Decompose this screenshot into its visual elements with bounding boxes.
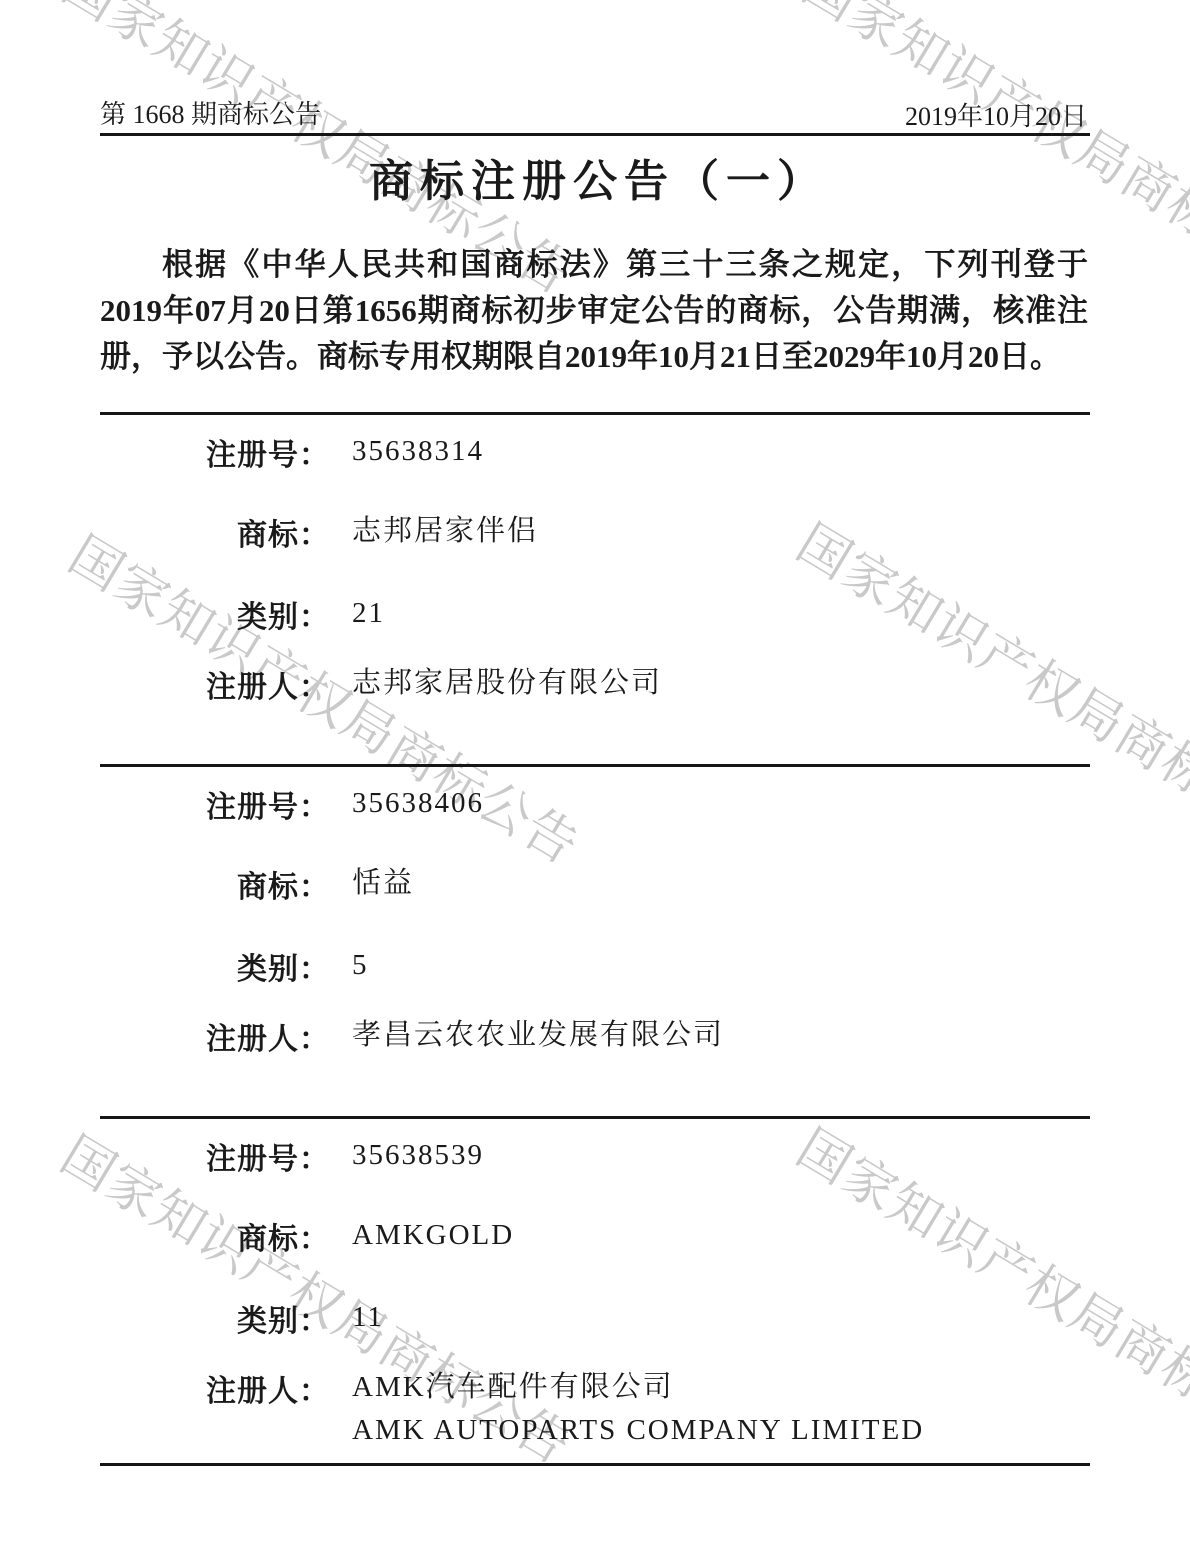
field-value-mark: 志邦居家伴侣	[352, 510, 1072, 553]
field-value-registrant: 孝昌云农农业发展有限公司	[352, 1014, 1072, 1057]
field-label: 注册号：	[100, 782, 330, 826]
separator-rule	[100, 412, 1090, 415]
intro-paragraph: 根据《中华人民共和国商标法》第三十三条之规定，下列刊登于2019年07月20日第…	[100, 242, 1088, 380]
separator-rule	[100, 1116, 1090, 1119]
field-label: 类别：	[100, 592, 330, 636]
field-value-reg-no: 35638539	[352, 1134, 1072, 1177]
header-date: 2019年10月20日	[905, 96, 1087, 133]
field-label: 注册号：	[100, 1134, 330, 1178]
header-rule	[100, 133, 1090, 136]
field-label: 商标：	[100, 1214, 330, 1258]
field-label: 注册人：	[100, 1014, 330, 1058]
registrant-cn: 孝昌云农农业发展有限公司	[352, 1019, 724, 1051]
field-label: 类别：	[100, 1296, 330, 1340]
field-value-class: 11	[352, 1296, 1072, 1339]
field-value-reg-no: 35638314	[352, 430, 1072, 473]
field-value-mark: 恬益	[352, 862, 1072, 905]
field-value-registrant: 志邦家居股份有限公司	[352, 662, 1072, 705]
field-label: 商标：	[100, 862, 330, 906]
separator-rule	[100, 1463, 1090, 1466]
field-value-class: 5	[352, 944, 1072, 987]
gazette-page: 国家知识产权局商标公告 国家知识产权局商标公告 国家知识产权局商标公告 国家知识…	[0, 0, 1190, 1564]
field-value-mark: AMKGOLD	[352, 1214, 1072, 1257]
header-issue-number: 第 1668 期商标公告	[100, 94, 321, 131]
field-value-class: 21	[352, 592, 1072, 635]
field-label: 类别：	[100, 944, 330, 988]
registrant-cn: AMK汽车配件有限公司	[352, 1371, 674, 1403]
field-value-registrant: AMK汽车配件有限公司 AMK AUTOPARTS COMPANY LIMITE…	[352, 1366, 1072, 1452]
registrant-cn: 志邦家居股份有限公司	[352, 667, 662, 699]
trademark-entry: 注册号： 35638539 商标： AMKGOLD 类别： 11 注册人： AM…	[0, 1116, 1190, 1468]
trademark-entry: 注册号： 35638314 商标： 志邦居家伴侣 类别： 21 注册人： 志邦家…	[0, 412, 1190, 764]
trademark-entry: 注册号： 35638406 商标： 恬益 类别： 5 注册人： 孝昌云农农业发展…	[0, 764, 1190, 1116]
field-label: 注册人：	[100, 662, 330, 706]
field-label: 商标：	[100, 510, 330, 554]
field-label: 注册号：	[100, 430, 330, 474]
page-title: 商标注册公告（一）	[0, 145, 1190, 209]
field-label: 注册人：	[100, 1366, 330, 1410]
registrant-en: AMK AUTOPARTS COMPANY LIMITED	[352, 1409, 1072, 1452]
field-value-reg-no: 35638406	[352, 782, 1072, 825]
separator-rule	[100, 764, 1090, 767]
